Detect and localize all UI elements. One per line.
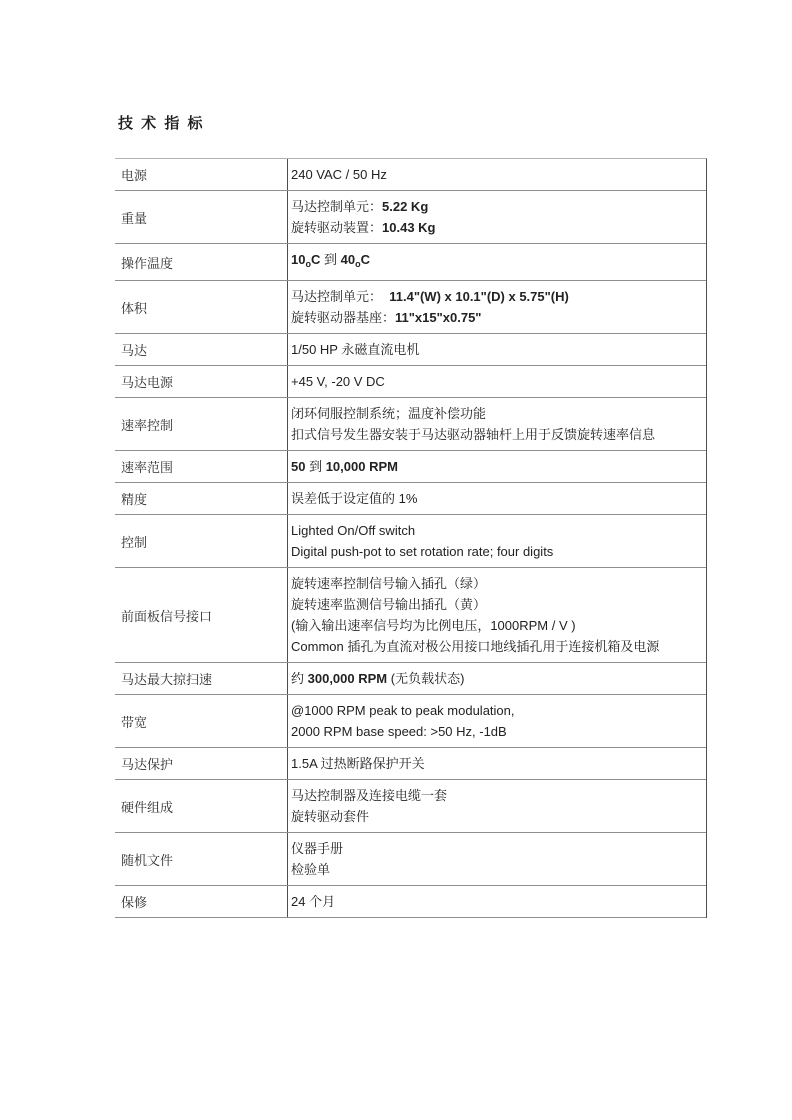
text-segment: @1000 RPM peak to peak modulation, [291,703,515,718]
text-segment: (输入输出速率信号均为比例电压，1000RPM / V ) [291,618,576,633]
spec-value: 24 个月 [287,886,706,917]
table-row: 马达最大掠扫速约 300,000 RPM (无负载状态) [115,663,706,695]
spec-value-line: 旋转驱动套件 [291,806,704,827]
spec-value: 马达控制单元： 11.4"(W) x 10.1"(D) x 5.75"(H)旋转… [287,281,706,333]
text-segment: 10 [291,252,305,267]
table-row: 前面板信号接口旋转速率控制信号输入插孔（绿）旋转速率监测信号输出插孔（黄）(输入… [115,568,706,663]
table-row: 马达1/50 HP 永磁直流电机 [115,334,706,366]
spec-value: 闭环伺服控制系统；温度补偿功能扣式信号发生器安装于马达驱动器轴杆上用于反馈旋转速… [287,398,706,450]
text-segment: 仪器手册 [291,841,343,856]
spec-value-line: (输入输出速率信号均为比例电压，1000RPM / V ) [291,615,704,636]
text-segment: 1/50 HP 永磁直流电机 [291,342,419,357]
text-segment: +45 V, -20 V DC [291,374,385,389]
spec-value: 误差低于设定值的 1% [287,483,706,514]
table-row: 带宽@1000 RPM peak to peak modulation,2000… [115,695,706,748]
spec-value: 仪器手册检验单 [287,833,706,885]
spec-value-line: 马达控制器及连接电缆一套 [291,785,704,806]
spec-value-line: Digital push-pot to set rotation rate; f… [291,541,704,562]
spec-label: 保修 [115,886,287,917]
spec-label: 带宽 [115,695,287,747]
table-row: 操作温度10oC 到 40oC [115,244,706,281]
spec-value-line: 旋转驱动器基座：11"x15"x0.75" [291,307,704,328]
spec-label: 马达最大掠扫速 [115,663,287,694]
spec-value-line: 旋转速率控制信号输入插孔（绿） [291,573,704,594]
spec-value-line: 仪器手册 [291,838,704,859]
spec-value-line: 50 到 10,000 RPM [291,456,704,477]
table-row: 速率范围50 到 10,000 RPM [115,451,706,483]
spec-value: 240 VAC / 50 Hz [287,159,706,190]
page-title: 技 术 指 标 [118,112,205,133]
spec-label: 马达电源 [115,366,287,397]
spec-value: 10oC 到 40oC [287,244,706,280]
table-row: 精度误差低于设定值的 1% [115,483,706,515]
text-segment: 旋转速率控制信号输入插孔（绿） [291,576,486,591]
text-segment: 旋转速率监测信号输出插孔（黄） [291,597,486,612]
text-segment: 10.43 Kg [382,220,435,235]
text-segment: 50 [291,459,305,474]
spec-value-line: 10oC 到 40oC [291,249,704,275]
spec-value-line: 约 300,000 RPM (无负载状态) [291,668,704,689]
text-segment: 误差低于设定值的 1% [291,491,417,506]
spec-label: 电源 [115,159,287,190]
spec-value: Lighted On/Off switchDigital push-pot to… [287,515,706,567]
table-row: 马达保护1.5A 过热断路保护开关 [115,748,706,780]
spec-value: 马达控制单元：5.22 Kg旋转驱动装置：10.43 Kg [287,191,706,243]
text-segment: 扣式信号发生器安装于马达驱动器轴杆上用于反馈旋转速率信息 [291,427,655,442]
spec-value: 约 300,000 RPM (无负载状态) [287,663,706,694]
table-row: 体积马达控制单元： 11.4"(W) x 10.1"(D) x 5.75"(H)… [115,281,706,334]
text-segment: C [311,252,320,267]
table-row: 保修24 个月 [115,886,706,918]
text-segment: 5.22 Kg [382,199,428,214]
text-segment: (无负载状态) [387,671,464,686]
spec-label: 硬件组成 [115,780,287,832]
table-row: 重量马达控制单元：5.22 Kg旋转驱动装置：10.43 Kg [115,191,706,244]
spec-value-line: +45 V, -20 V DC [291,371,704,392]
text-segment: 40 [341,252,355,267]
text-segment: Lighted On/Off switch [291,523,415,538]
spec-value-line: 2000 RPM base speed: >50 Hz, -1dB [291,721,704,742]
text-segment: 2000 RPM base speed: >50 Hz, -1dB [291,724,507,739]
spec-value-line: 马达控制单元： 11.4"(W) x 10.1"(D) x 5.75"(H) [291,286,704,307]
text-segment: 马达控制单元： [291,199,382,214]
spec-value-line: Common 插孔为直流对极公用接口地线插孔用于连接机箱及电源 [291,636,704,657]
text-segment: 300,000 RPM [308,671,388,686]
spec-value: 50 到 10,000 RPM [287,451,706,482]
spec-label: 速率控制 [115,398,287,450]
spec-value-line: 闭环伺服控制系统；温度补偿功能 [291,403,704,424]
table-row: 控制Lighted On/Off switchDigital push-pot … [115,515,706,568]
spec-value-line: 240 VAC / 50 Hz [291,164,704,185]
spec-label: 马达保护 [115,748,287,779]
spec-value-line: 1/50 HP 永磁直流电机 [291,339,704,360]
spec-value: @1000 RPM peak to peak modulation,2000 R… [287,695,706,747]
table-row: 电源240 VAC / 50 Hz [115,159,706,191]
text-segment: 240 VAC / 50 Hz [291,167,387,182]
spec-label: 前面板信号接口 [115,568,287,662]
text-segment: 马达控制器及连接电缆一套 [291,788,447,803]
text-segment: 旋转驱动套件 [291,809,369,824]
text-segment: 10,000 RPM [326,459,398,474]
text-segment: 检验单 [291,862,330,877]
text-segment: 旋转驱动装置： [291,220,382,235]
spec-value-line: 检验单 [291,859,704,880]
text-segment: 旋转驱动器基座： [291,310,395,325]
spec-value: +45 V, -20 V DC [287,366,706,397]
document-page: 技 术 指 标 电源240 VAC / 50 Hz重量马达控制单元：5.22 K… [0,0,792,1120]
text-segment: Common 插孔为直流对极公用接口地线插孔用于连接机箱及电源 [291,639,659,654]
spec-value: 旋转速率控制信号输入插孔（绿）旋转速率监测信号输出插孔（黄）(输入输出速率信号均… [287,568,706,662]
spec-table: 电源240 VAC / 50 Hz重量马达控制单元：5.22 Kg旋转驱动装置：… [115,158,707,918]
text-segment: C [361,252,370,267]
spec-value-line: 旋转速率监测信号输出插孔（黄） [291,594,704,615]
spec-label: 随机文件 [115,833,287,885]
text-segment: 到 [320,252,340,267]
spec-value: 1.5A 过热断路保护开关 [287,748,706,779]
spec-value-line: 马达控制单元：5.22 Kg [291,196,704,217]
spec-label: 重量 [115,191,287,243]
table-row: 硬件组成马达控制器及连接电缆一套旋转驱动套件 [115,780,706,833]
text-segment: 11"x15"x0.75" [395,310,481,325]
spec-value-line: @1000 RPM peak to peak modulation, [291,700,704,721]
text-segment: 闭环伺服控制系统；温度补偿功能 [291,406,486,421]
table-row: 随机文件仪器手册检验单 [115,833,706,886]
spec-value-line: Lighted On/Off switch [291,520,704,541]
spec-label: 速率范围 [115,451,287,482]
spec-value-line: 扣式信号发生器安装于马达驱动器轴杆上用于反馈旋转速率信息 [291,424,704,445]
spec-value: 1/50 HP 永磁直流电机 [287,334,706,365]
text-segment: Digital push-pot to set rotation rate; f… [291,544,553,559]
spec-value: 马达控制器及连接电缆一套旋转驱动套件 [287,780,706,832]
text-segment: 1.5A 过热断路保护开关 [291,756,425,771]
table-row: 速率控制闭环伺服控制系统；温度补偿功能扣式信号发生器安装于马达驱动器轴杆上用于反… [115,398,706,451]
spec-label: 马达 [115,334,287,365]
text-segment: 11.4"(W) x 10.1"(D) x 5.75"(H) [389,289,569,304]
spec-value-line: 1.5A 过热断路保护开关 [291,753,704,774]
text-segment: 约 [291,671,308,686]
spec-label: 操作温度 [115,244,287,280]
spec-value-line: 误差低于设定值的 1% [291,488,704,509]
text-segment: 马达控制单元： [291,289,389,304]
spec-value-line: 旋转驱动装置：10.43 Kg [291,217,704,238]
spec-label: 体积 [115,281,287,333]
spec-label: 控制 [115,515,287,567]
spec-table-body: 电源240 VAC / 50 Hz重量马达控制单元：5.22 Kg旋转驱动装置：… [115,159,706,918]
spec-label: 精度 [115,483,287,514]
table-row: 马达电源+45 V, -20 V DC [115,366,706,398]
spec-value-line: 24 个月 [291,891,704,912]
text-segment: 到 [305,459,325,474]
text-segment: 24 个月 [291,894,335,909]
